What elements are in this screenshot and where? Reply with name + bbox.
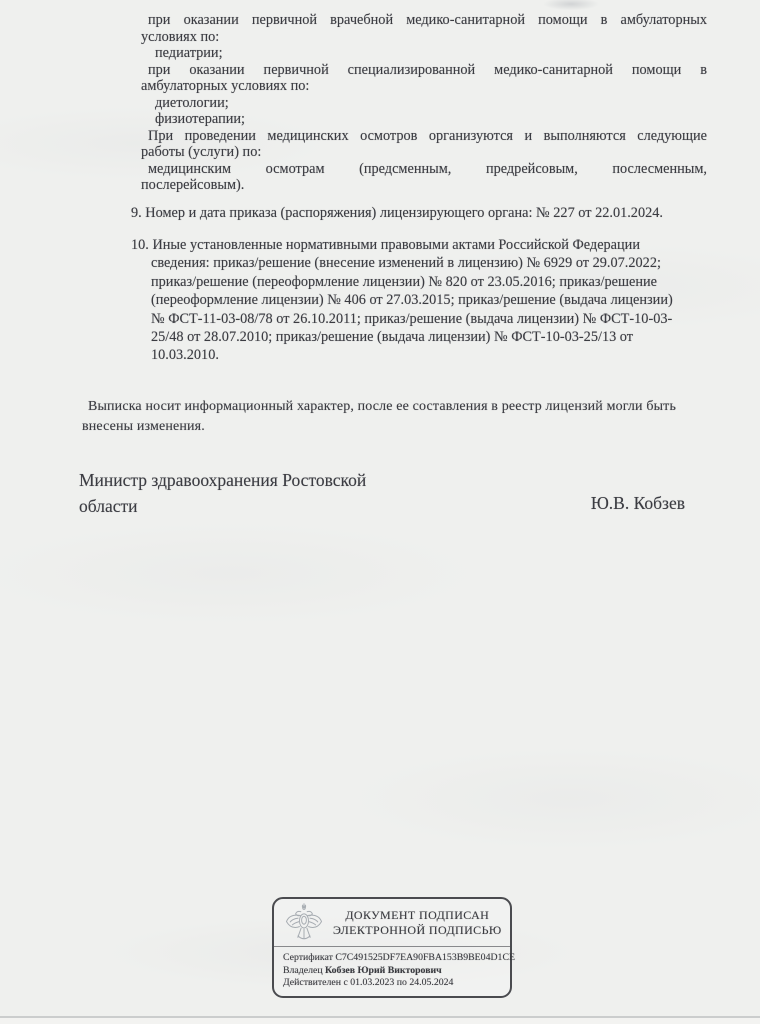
item-10-line: 10.03.2010.	[151, 346, 721, 364]
validity-line: Действителен с 01.03.2023 по 24.05.2024	[283, 977, 502, 990]
note-line: внесены изменения.	[82, 417, 676, 437]
certificate-value: C7C491525DF7EA90FBA153B9BE04D1CE	[335, 952, 515, 963]
works-line: амбулаторных условиях по:	[141, 78, 707, 95]
license-works-paragraph: при оказании первичной врачебной медико-…	[141, 12, 707, 194]
certificate-line: Сертификат C7C491525DF7EA90FBA153B9BE04D…	[283, 952, 502, 965]
certificate-label: Сертификат	[283, 952, 333, 963]
stamp-certificate-details: Сертификат C7C491525DF7EA90FBA153B9BE04D…	[274, 947, 510, 990]
owner-label: Владелец	[283, 965, 323, 976]
electronic-signature-stamp: ДОКУМЕНТ ПОДПИСАН ЭЛЕКТРОННОЙ ПОДПИСЬЮ С…	[272, 897, 512, 998]
works-line: работы (услуги) по:	[141, 144, 707, 161]
item-10-line: (переоформление лицензии) № 406 от 27.03…	[151, 291, 721, 309]
item-10-line: сведения: приказ/решение (внесение измен…	[151, 254, 721, 272]
item-10-line: приказ/решение (переоформление лицензии)…	[151, 273, 721, 291]
note-line: Выписка носит информационный характер, п…	[88, 397, 676, 417]
works-line: при оказании первичной специализированно…	[148, 62, 707, 79]
item-10-line: 10. Иные установленные нормативными прав…	[131, 236, 721, 254]
item-9-order-number: 9. Номер и дата приказа (распоряжения) л…	[131, 205, 663, 222]
stamp-title-line: ДОКУМЕНТ ПОДПИСАН	[333, 908, 502, 923]
signatory-position-line: области	[79, 493, 366, 519]
stamp-header: ДОКУМЕНТ ПОДПИСАН ЭЛЕКТРОННОЙ ПОДПИСЬЮ	[274, 899, 510, 946]
signatory-position: Министр здравоохранения Ростовской облас…	[79, 467, 366, 519]
works-line: физиотерапии;	[155, 111, 707, 128]
works-line: диетологии;	[155, 95, 707, 112]
signatory-position-line: Министр здравоохранения Ростовской	[79, 467, 366, 493]
works-line: При проведении медицинских осмотров орга…	[148, 128, 707, 145]
works-line: медицинским осмотрам (предсменным, предр…	[148, 161, 707, 178]
owner-line: Владелец Кобзев Юрий Викторович	[283, 965, 502, 978]
signatory-name: Ю.В. Кобзев	[591, 493, 685, 514]
item-10-other-information: 10. Иные установленные нормативными прав…	[131, 236, 721, 365]
informational-note: Выписка носит информационный характер, п…	[82, 397, 676, 436]
stamp-title: ДОКУМЕНТ ПОДПИСАН ЭЛЕКТРОННОЙ ПОДПИСЬЮ	[333, 899, 512, 937]
works-line: при оказании первичной врачебной медико-…	[148, 12, 707, 29]
scanned-license-extract-page: при оказании первичной врачебной медико-…	[0, 0, 760, 1024]
owner-name: Кобзев Юрий Викторович	[325, 965, 442, 976]
works-line: условиях по:	[141, 29, 707, 46]
works-line: послерейсовым).	[141, 177, 707, 194]
coat-of-arms-icon	[274, 899, 333, 949]
item-10-line: № ФСТ-11-03-08/78 от 26.10.2011; приказ/…	[151, 310, 721, 328]
works-line: педиатрии;	[155, 45, 707, 62]
scan-bottom-strip	[0, 1018, 760, 1024]
stamp-title-line: ЭЛЕКТРОННОЙ ПОДПИСЬЮ	[333, 923, 502, 938]
item-10-line: 25/48 от 28.07.2010; приказ/решение (выд…	[151, 328, 721, 346]
